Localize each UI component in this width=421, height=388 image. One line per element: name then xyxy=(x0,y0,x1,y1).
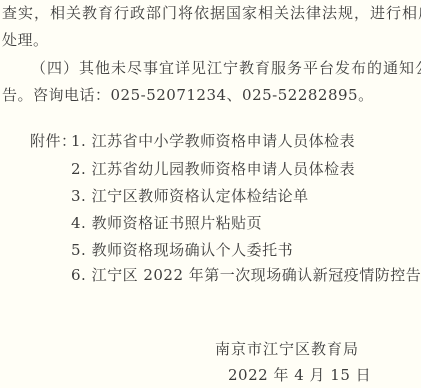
paragraph2-line1: （四）其他未尽事宜详见江宁教育服务平台发布的通知公 xyxy=(31,59,421,77)
attachments-label: 附件： xyxy=(30,132,77,150)
document-page: 查实，相关教育行政部门将依据国家相关法律法规，进行相应 处理。 （四）其他未尽事… xyxy=(0,0,421,388)
paragraph2-line2: 告。咨询电话：025-52071234、025-52282895。 xyxy=(2,86,374,104)
paragraph1-line2: 处理。 xyxy=(2,31,49,49)
attachment-item-5: 5. 教师资格现场确认个人委托书 xyxy=(71,241,293,259)
attachment-item-4: 4. 教师资格证书照片粘贴页 xyxy=(71,214,262,232)
attachment-item-3: 3. 江宁区教师资格认定体检结论单 xyxy=(71,187,309,205)
issue-date: 2022 年 4 月 15 日 xyxy=(228,366,371,384)
attachment-item-1: 1. 江苏省中小学教师资格申请人员体检表 xyxy=(71,132,355,150)
attachment-item-6: 6. 江宁区 2022 年第一次现场确认新冠疫情防控告知书 xyxy=(71,266,421,284)
issuer-signature: 南京市江宁区教育局 xyxy=(215,340,359,358)
attachment-item-2: 2. 江苏省幼儿园教师资格申请人员体检表 xyxy=(71,160,355,178)
paragraph1-line1: 查实，相关教育行政部门将依据国家相关法律法规，进行相应 xyxy=(2,4,421,22)
